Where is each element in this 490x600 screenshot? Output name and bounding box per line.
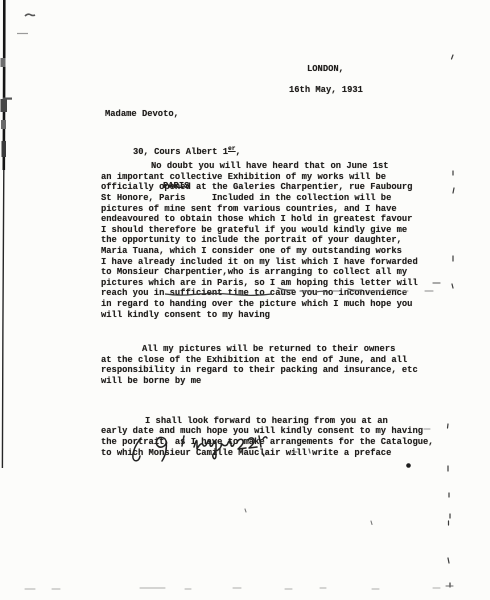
letter-paragraph-3: I shall look forward to hearing from you… <box>101 416 449 458</box>
letter-body: No doubt you will have heard that on Jun… <box>101 140 449 479</box>
recipient-name: Madame Devoto, <box>105 109 241 120</box>
scan-smudge-topleft <box>17 14 35 33</box>
scan-edge-line <box>1 0 13 468</box>
letter-paragraph-2: All my pictures will be returned to thei… <box>101 344 449 386</box>
scan-bottom-dashes <box>25 586 453 589</box>
letter-date: 16th May, 1931 <box>289 85 363 95</box>
scanned-letter-page: LONDON, 16th May, 1931 Madame Devoto, 30… <box>0 0 490 600</box>
letter-city: LONDON, <box>307 64 344 74</box>
letter-paragraph-1: No doubt you will have heard that on Jun… <box>101 161 449 320</box>
